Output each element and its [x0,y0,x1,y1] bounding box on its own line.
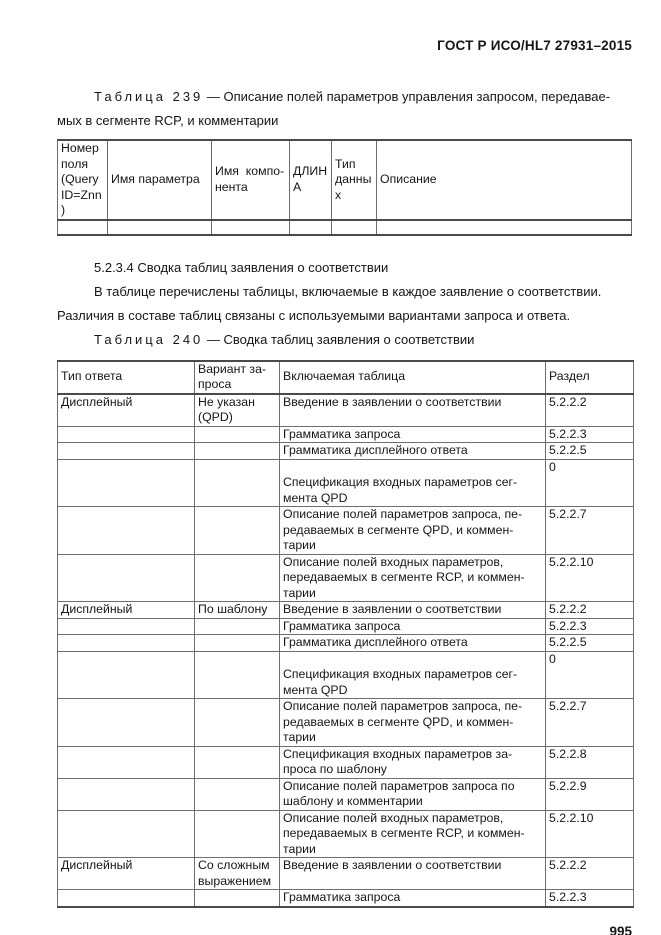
section-5-2-3-4: 5.2.3.4 Сводка таблиц заявления о соотве… [57,256,632,352]
cell-response-type [58,699,195,747]
cell-section: 5.2.2.5 [546,635,634,652]
cell-included-table: Описание полей параметров запроса по шаб… [280,778,546,810]
table-row: Описание полей входных параметров, перед… [58,554,634,602]
cell-section: 5.2.2.3 [546,618,634,635]
cell-query-variant: Не указан (QPD) [195,394,280,427]
column-header-field-number: Номер поля (Query ID=Znn) [58,140,108,220]
table-row: Грамматика дисплейного ответа5.2.2.5 [58,443,634,460]
cell-query-variant [195,443,280,460]
column-header-length: ДЛИНА [290,140,332,220]
document-page: ГОСТ Р ИСО/HL7 27931–2015 Таблица 239 — … [0,0,661,935]
cell-response-type [58,443,195,460]
column-header-included-table: Включаемая таблица [280,361,546,394]
cell-query-variant [195,618,280,635]
cell-included-table: Описание полей входных параметров, перед… [280,554,546,602]
cell-response-type [58,426,195,443]
empty-cell [290,220,332,235]
cell-section: 5.2.2.3 [546,426,634,443]
table-row: Грамматика запроса5.2.2.3 [58,426,634,443]
cell-section: 5.2.2.2 [546,602,634,619]
cell-included-table: Спецификация входных параметров за- прос… [280,746,546,778]
table-240-body: ДисплейныйНе указан (QPD)Введение в заяв… [58,394,634,907]
cell-query-variant [195,746,280,778]
table-239: Номер поля (Query ID=Znn) Имя параметра … [57,139,632,236]
cell-included-table: Грамматика запроса [280,890,546,907]
table-row: Грамматика запроса5.2.2.3 [58,618,634,635]
table-row: Описание полей параметров запроса, пе- р… [58,699,634,747]
cell-included-table: Грамматика дисплейного ответа [280,635,546,652]
cell-section: 5.2.2.9 [546,778,634,810]
table-239-caption-label: Таблица 239 [94,89,203,104]
empty-cell [58,220,108,235]
cell-query-variant: По шаблону [195,602,280,619]
cell-section: 5.2.2.3 [546,890,634,907]
table-239-header-row: Номер поля (Query ID=Znn) Имя параметра … [58,140,632,220]
column-header-section: Раздел [546,361,634,394]
cell-query-variant [195,507,280,555]
table-240-caption: Таблица 240 — Сводка таблиц заявления о … [57,328,632,352]
table-row: Грамматика запроса5.2.2.3 [58,890,634,907]
cell-section: 0 [546,651,634,699]
cell-response-type [58,778,195,810]
cell-included-table: Грамматика запроса [280,426,546,443]
cell-response-type [58,459,195,507]
cell-response-type [58,507,195,555]
empty-cell [108,220,212,235]
cell-response-type [58,635,195,652]
cell-query-variant [195,699,280,747]
column-header-parameter-name: Имя параметра [108,140,212,220]
cell-included-table: Описание полей параметров запроса, пе- р… [280,507,546,555]
column-header-query-variant: Вариант за- проса [195,361,280,394]
cell-query-variant [195,635,280,652]
cell-query-variant [195,426,280,443]
table-240: Тип ответа Вариант за- проса Включаемая … [57,360,634,908]
column-header-response-type: Тип ответа [58,361,195,394]
table-row: Описание полей входных параметров, перед… [58,810,634,858]
table-row: Грамматика дисплейного ответа5.2.2.5 [58,635,634,652]
cell-query-variant [195,554,280,602]
cell-response-type [58,618,195,635]
column-header-data-type: Тип данных [332,140,377,220]
table-row: ДисплейныйНе указан (QPD)Введение в заяв… [58,394,634,427]
column-header-description: Описание [377,140,632,220]
table-row: Описание полей параметров запроса по шаб… [58,778,634,810]
table-row: ДисплейныйПо шаблонуВведение в заявлении… [58,602,634,619]
column-header-component-name: Имя компо- нента [212,140,290,220]
cell-response-type [58,651,195,699]
cell-response-type: Дисплейный [58,602,195,619]
cell-included-table: Введение в заявлении о соответствии [280,858,546,890]
empty-cell [332,220,377,235]
cell-included-table: Спецификация входных параметров сег- мен… [280,651,546,699]
cell-included-table: Грамматика дисплейного ответа [280,443,546,460]
cell-included-table: Введение в заявлении о соответствии [280,602,546,619]
cell-section: 0 [546,459,634,507]
cell-response-type [58,746,195,778]
cell-section: 5.2.2.7 [546,507,634,555]
cell-response-type [58,554,195,602]
cell-section: 5.2.2.5 [546,443,634,460]
cell-section: 5.2.2.2 [546,394,634,427]
table-240-header-row: Тип ответа Вариант за- проса Включаемая … [58,361,634,394]
cell-response-type [58,890,195,907]
empty-cell [377,220,632,235]
cell-included-table: Описание полей параметров запроса, пе- р… [280,699,546,747]
empty-cell [212,220,290,235]
cell-response-type [58,810,195,858]
cell-section: 5.2.2.10 [546,554,634,602]
table-row: Спецификация входных параметров сег- мен… [58,459,634,507]
page-number: 995 [57,924,632,935]
cell-included-table: Спецификация входных параметров сег- мен… [280,459,546,507]
document-header: ГОСТ Р ИСО/HL7 27931–2015 [57,38,632,54]
cell-response-type: Дисплейный [58,858,195,890]
cell-query-variant [195,810,280,858]
table-row [58,220,632,235]
table-row: Спецификация входных параметров за- прос… [58,746,634,778]
cell-section: 5.2.2.8 [546,746,634,778]
section-paragraph: В таблице перечислены таблицы, включаемы… [57,280,632,328]
section-heading: 5.2.3.4 Сводка таблиц заявления о соотве… [57,256,632,280]
cell-query-variant [195,778,280,810]
cell-query-variant [195,459,280,507]
cell-included-table: Грамматика запроса [280,618,546,635]
cell-response-type: Дисплейный [58,394,195,427]
cell-section: 5.2.2.10 [546,810,634,858]
cell-section: 5.2.2.7 [546,699,634,747]
cell-included-table: Описание полей входных параметров, перед… [280,810,546,858]
table-row: Описание полей параметров запроса, пе- р… [58,507,634,555]
standard-number: ГОСТ Р ИСО/HL7 27931–2015 [437,38,632,53]
table-240-caption-text: — Сводка таблиц заявления о соответствии [203,332,474,347]
cell-included-table: Введение в заявлении о соответствии [280,394,546,427]
cell-section: 5.2.2.2 [546,858,634,890]
cell-query-variant [195,651,280,699]
table-239-caption: Таблица 239 — Описание полей параметров … [57,85,632,133]
cell-query-variant: Со сложным выражением [195,858,280,890]
table-row: ДисплейныйСо сложным выражениемВведение … [58,858,634,890]
cell-query-variant [195,890,280,907]
table-row: Спецификация входных параметров сег- мен… [58,651,634,699]
table-240-caption-label: Таблица 240 [94,332,203,347]
